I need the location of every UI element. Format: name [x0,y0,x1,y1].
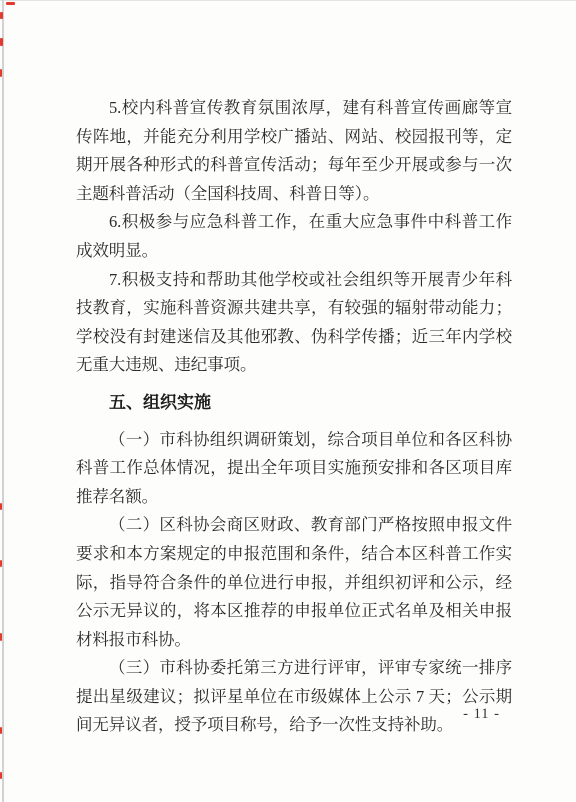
red-scan-mark [0,12,3,19]
red-scan-mark [0,727,2,734]
criteria-paragraph-6: 6.积极参与应急科普工作，在重大应急事件中科普工作成效明显。 [76,208,512,265]
scanned-document-page: 5.校内科普宣传教育氛围浓厚，建有科普宣传画廊等宣传阵地，并能充分利用学校广播站… [0,0,576,802]
document-body: 5.校内科普宣传教育氛围浓厚，建有科普宣传画廊等宣传阵地，并能充分利用学校广播站… [76,94,512,740]
implementation-paragraph-1: （一）市科协组织调研策划，综合项目单位和各区科协科普工作总体情况，提出全年项目实… [76,426,512,512]
red-scan-mark [0,633,2,641]
implementation-paragraph-2: （二）区科协会商区财政、教育部门严格按照申报文件要求和本方案规定的申报范围和条件… [76,511,512,654]
criteria-paragraph-7: 7.积极支持和帮助其他学校或社会组织等开展青少年科技教育，实施科普资源共建共享，… [76,266,512,380]
page-edge-left [2,0,4,802]
red-scan-mark [0,772,2,779]
criteria-paragraph-5: 5.校内科普宣传教育氛围浓厚，建有科普宣传画廊等宣传阵地，并能充分利用学校广播站… [76,94,512,208]
implementation-paragraph-3: （三）市科协委托第三方进行评审，评审专家统一排序提出星级建议；拟评星单位在市级媒… [76,654,512,740]
page-number: - 11 - [463,706,500,723]
red-scan-mark [6,2,15,5]
red-scan-mark [0,560,2,567]
red-scan-mark [0,69,2,77]
section-heading-organization-implementation: 五、组织实施 [76,389,512,418]
page-edge-top [0,0,576,1]
red-scan-mark [0,503,2,510]
red-scan-mark [0,38,3,46]
